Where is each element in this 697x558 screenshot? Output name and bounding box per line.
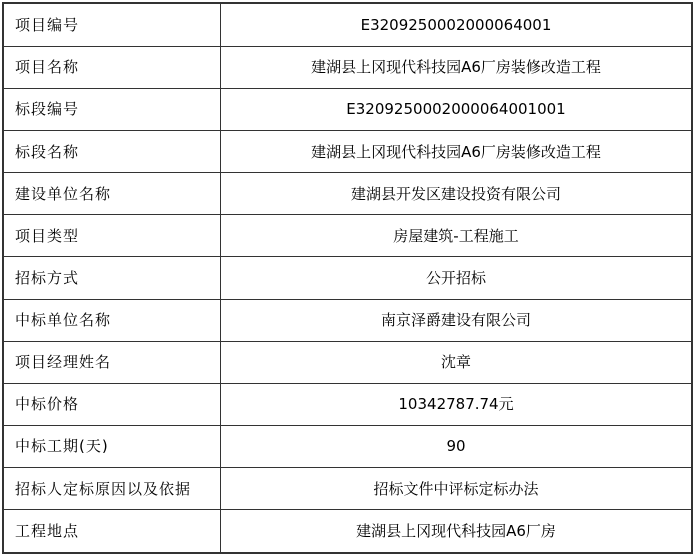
row-label-section-name: 标段名称 — [3, 130, 221, 172]
table-row: 中标价格 10342787.74元 — [3, 383, 692, 425]
table-row: 中标单位名称 南京泽爵建设有限公司 — [3, 299, 692, 341]
row-value-project-manager: 沈章 — [221, 341, 693, 383]
row-value-winning-price: 10342787.74元 — [221, 383, 693, 425]
row-value-project-location: 建湖县上冈现代科技园A6厂房 — [221, 510, 693, 553]
row-label-project-manager: 项目经理姓名 — [3, 341, 221, 383]
row-label-winning-bidder: 中标单位名称 — [3, 299, 221, 341]
row-value-project-type: 房屋建筑-工程施工 — [221, 215, 693, 257]
row-label-project-location: 工程地点 — [3, 510, 221, 553]
row-label-project-type: 项目类型 — [3, 215, 221, 257]
row-label-tender-method: 招标方式 — [3, 257, 221, 299]
table-row: 招标方式 公开招标 — [3, 257, 692, 299]
row-value-project-number: E3209250002000064001 — [221, 3, 693, 46]
table-row: 项目经理姓名 沈章 — [3, 341, 692, 383]
table-row: 工程地点 建湖县上冈现代科技园A6厂房 — [3, 510, 692, 553]
row-value-section-number: E3209250002000064001001 — [221, 88, 693, 130]
table-row: 标段名称 建湖县上冈现代科技园A6厂房装修改造工程 — [3, 130, 692, 172]
table-row: 建设单位名称 建湖县开发区建设投资有限公司 — [3, 173, 692, 215]
row-label-section-number: 标段编号 — [3, 88, 221, 130]
table-row: 中标工期(天) 90 — [3, 425, 692, 467]
row-label-winning-price: 中标价格 — [3, 383, 221, 425]
bid-result-page: 项目编号 E3209250002000064001 项目名称 建湖县上冈现代科技… — [0, 0, 697, 558]
row-label-construction-unit: 建设单位名称 — [3, 173, 221, 215]
table-row: 项目类型 房屋建筑-工程施工 — [3, 215, 692, 257]
row-label-project-number: 项目编号 — [3, 3, 221, 46]
row-value-project-name: 建湖县上冈现代科技园A6厂房装修改造工程 — [221, 46, 693, 88]
row-value-award-basis: 招标文件中评标定标办法 — [221, 468, 693, 510]
row-label-construction-period: 中标工期(天) — [3, 425, 221, 467]
table-row: 项目名称 建湖县上冈现代科技园A6厂房装修改造工程 — [3, 46, 692, 88]
bid-info-table: 项目编号 E3209250002000064001 项目名称 建湖县上冈现代科技… — [2, 2, 693, 554]
row-value-section-name: 建湖县上冈现代科技园A6厂房装修改造工程 — [221, 130, 693, 172]
table-row: 招标人定标原因以及依据 招标文件中评标定标办法 — [3, 468, 692, 510]
row-value-construction-unit: 建湖县开发区建设投资有限公司 — [221, 173, 693, 215]
row-label-award-basis: 招标人定标原因以及依据 — [3, 468, 221, 510]
row-value-winning-bidder: 南京泽爵建设有限公司 — [221, 299, 693, 341]
table-row: 标段编号 E3209250002000064001001 — [3, 88, 692, 130]
row-value-construction-period: 90 — [221, 425, 693, 467]
row-label-project-name: 项目名称 — [3, 46, 221, 88]
table-row: 项目编号 E3209250002000064001 — [3, 3, 692, 46]
row-value-tender-method: 公开招标 — [221, 257, 693, 299]
